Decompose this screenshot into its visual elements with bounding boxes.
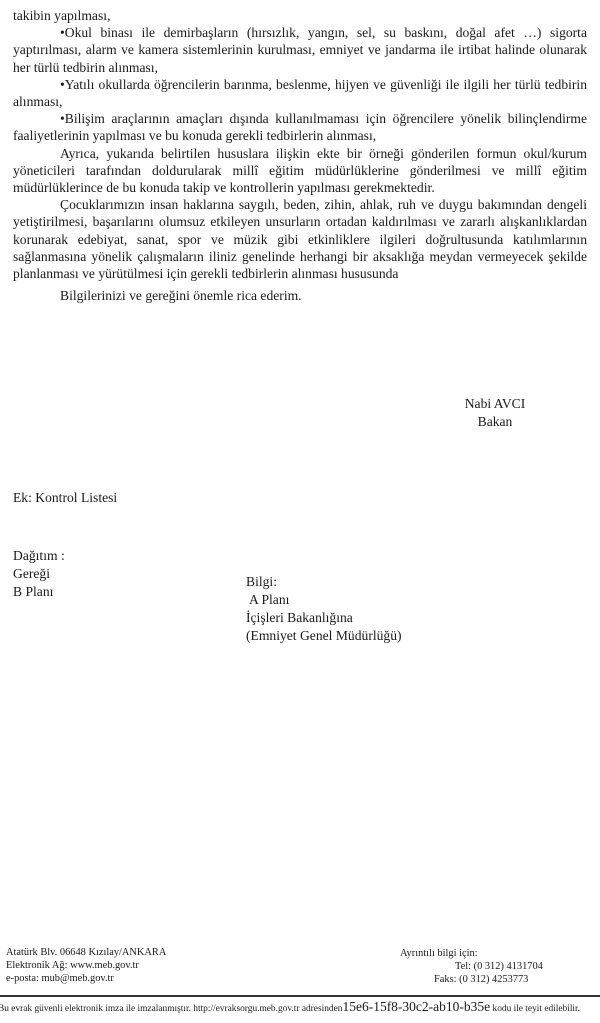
footer-info: Ayrıntılı bilgi için: Tel: (0 312) 41317… xyxy=(400,947,590,986)
footer-address: Atatürk Blv. 06648 Kızılay/ANKARA xyxy=(6,946,166,959)
action-recipient: B Planı xyxy=(13,583,65,601)
paragraph-it-awareness: •Bilişim araçlarının amaçları dışında ku… xyxy=(13,110,587,144)
paragraph-insurance: •Okul binası ile demirbaşların (hırsızlı… xyxy=(13,24,587,76)
info-recipient: İçişleri Bakanlığına xyxy=(246,609,402,627)
signature-block: Nabi AVCI Bakan xyxy=(440,395,550,431)
info-recipient: A Planı xyxy=(246,591,402,609)
document-page: takibin yapılması, •Okul binası ile demi… xyxy=(0,0,600,1023)
footer-fax: Faks: (0 312) 4253773 xyxy=(400,973,590,986)
paragraph-closing: Bilgilerinizi ve gereğini önemle rica ed… xyxy=(13,287,587,304)
info-recipient: (Emniyet Genel Müdürlüğü) xyxy=(246,627,402,645)
verification-code: 15e6-15f8-30c2-ab10-b35e xyxy=(342,999,490,1014)
footer-divider xyxy=(0,995,600,997)
paragraph-form-submission: Ayrıca, yukarıda belirtilen hususlara il… xyxy=(13,145,587,197)
verification-prefix[interactable]: Bu evrak güvenli elektronik imza ile imz… xyxy=(0,1004,342,1014)
verification-line: Bu evrak güvenli elektronik imza ile imz… xyxy=(0,1000,600,1016)
distribution-action: Dağıtım : Gereği B Planı xyxy=(13,547,65,601)
verification-suffix: kodu ile teyit edilebilir. xyxy=(493,1004,580,1014)
paragraph-continuation: takibin yapılması, xyxy=(13,7,587,24)
footer-info-heading: Ayrıntılı bilgi için: xyxy=(400,947,590,960)
distribution-heading: Dağıtım : xyxy=(13,547,65,565)
footer-email[interactable]: e-posta: mub@meb.gov.tr xyxy=(6,972,166,985)
distribution-info: Bilgi: A Planı İçişleri Bakanlığına (Emn… xyxy=(246,573,402,645)
info-label: Bilgi: xyxy=(246,573,402,591)
action-label: Gereği xyxy=(13,565,65,583)
paragraph-boarding-schools: •Yatılı okullarda öğrencilerin barınma, … xyxy=(13,76,587,110)
signatory-title: Bakan xyxy=(440,413,550,431)
signatory-name: Nabi AVCI xyxy=(440,395,550,413)
footer-tel: Tel: (0 312) 4131704 xyxy=(400,960,590,973)
paragraph-children-wellbeing: Çocuklarımızın insan haklarına saygılı, … xyxy=(13,196,587,282)
footer-web[interactable]: Elektronik Ağ: www.meb.gov.tr xyxy=(6,959,166,972)
attachment-line: Ek: Kontrol Listesi xyxy=(13,489,117,507)
footer-contact: Atatürk Blv. 06648 Kızılay/ANKARA Elektr… xyxy=(6,946,166,985)
letter-body: takibin yapılması, •Okul binası ile demi… xyxy=(13,7,587,304)
